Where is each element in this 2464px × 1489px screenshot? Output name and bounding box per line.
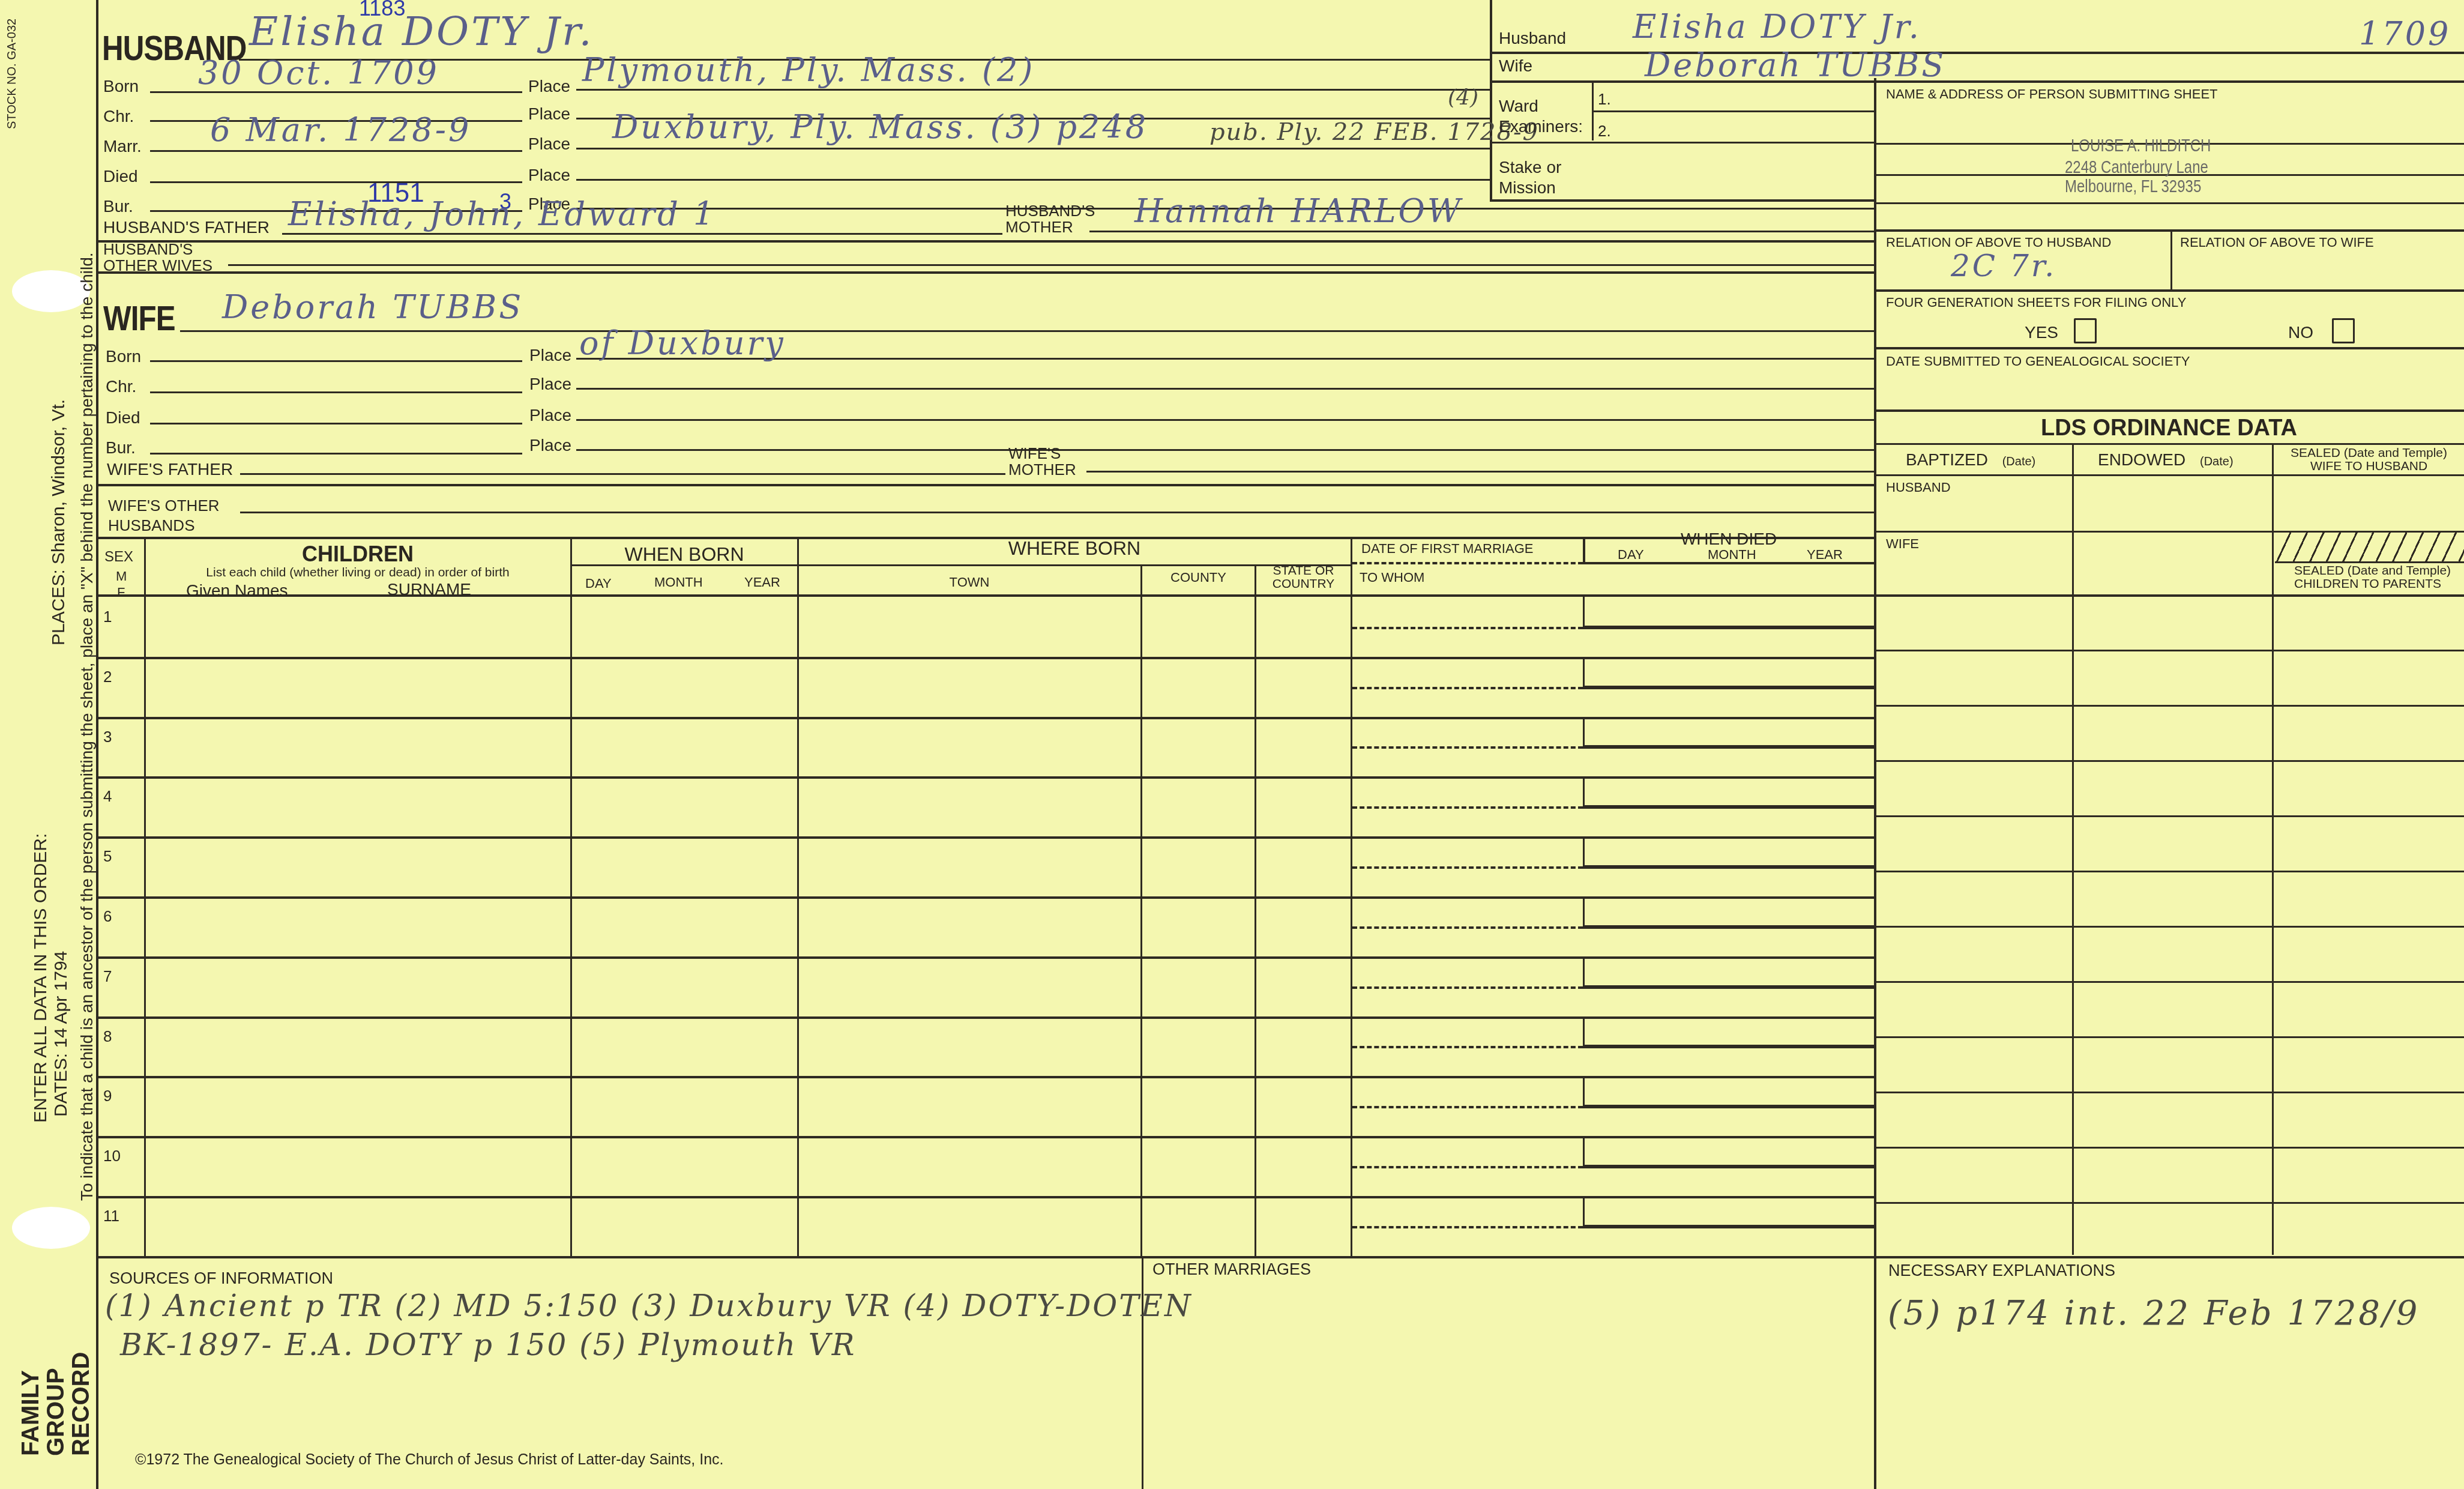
husband-marr-circle-ref: (4): [1448, 87, 1478, 109]
husband-other-wives-label: HUSBAND'S OTHER WIVES: [103, 241, 212, 274]
sealed-hatch-area: [2275, 533, 2464, 563]
submitter-line-3: [1874, 202, 2464, 204]
form-title-line-2: GROUP: [43, 1352, 68, 1456]
relation-husband-label: RELATION OF ABOVE TO HUSBAND: [1886, 235, 2111, 249]
first-marriage-dash: [1352, 562, 1583, 564]
relation-wife-label: RELATION OF ABOVE TO WIFE: [2180, 235, 2374, 249]
explanations-text[interactable]: (5) p174 int. 22 Feb 1728/9: [1888, 1297, 2420, 1330]
husband-marr-date-line: [150, 150, 522, 152]
wife-mother-label-2: MOTHER: [1008, 462, 1076, 478]
ward-examiner-divider: [1592, 110, 1874, 112]
child-marriage-dash: [1352, 1226, 1583, 1228]
child-row[interactable]: 2: [98, 657, 1874, 717]
wife-died-place-line: [576, 419, 1874, 421]
ordinance-header-top: [1874, 443, 2464, 445]
child-died-underline: [1583, 626, 1874, 629]
child-row-number: 8: [103, 1027, 112, 1046]
ordinance-row-line: [1874, 1147, 2464, 1149]
wife-mother-label: WIFE'S MOTHER: [1008, 445, 1076, 479]
yes-checkbox[interactable]: [2074, 318, 2097, 343]
child-died-underline: [1583, 805, 1874, 809]
endowed-header: ENDOWED (Date): [2098, 452, 2234, 468]
husband-marr-note[interactable]: pub. Ply. 22 FEB. 1728-9: [1209, 120, 1539, 144]
summary-husband-line: [1490, 52, 2464, 54]
submitter-address-1: 2248 Canterbury Lane: [2065, 157, 2208, 178]
child-row-number: 9: [103, 1087, 112, 1105]
state-header-1: STATE OR: [1256, 564, 1351, 578]
enter-order-instruction: ENTER ALL DATA IN THIS ORDER:: [31, 833, 50, 1123]
date-submitted-bottom-line: [1874, 409, 2464, 412]
wife-other-husbands-label-1: WIFE'S OTHER: [108, 496, 220, 516]
husband-marr-place-label: Place: [528, 136, 570, 153]
wife-other-husbands-label-2: HUSBANDS: [108, 516, 220, 536]
child-row-number: 11: [103, 1207, 119, 1225]
husband-died-date-line: [150, 181, 522, 183]
children-instructions: List each child (whether living or dead)…: [145, 566, 570, 579]
when-died-underline: [1583, 562, 1874, 564]
husband-mother-label: HUSBAND'S MOTHER: [1005, 203, 1095, 236]
stake-label: Stake or Mission: [1499, 157, 1561, 198]
wife-died-date-line: [150, 423, 522, 424]
husband-section-bottom: [96, 271, 1874, 274]
summary-husband-name[interactable]: Elisha DOTY Jr.: [1633, 11, 1921, 43]
child-marriage-dash: [1352, 687, 1583, 689]
children-title: CHILDREN: [145, 542, 570, 567]
ordinance-row-line: [1874, 650, 2464, 651]
child-row-number: 6: [103, 907, 112, 926]
wife-born-place[interactable]: of Duxbury: [579, 327, 786, 360]
born-month-header: MONTH: [654, 575, 703, 589]
wife-born-date-line: [150, 360, 522, 362]
husband-chr-label: Chr.: [103, 108, 134, 125]
husband-name[interactable]: Elisha DOTY Jr.: [249, 12, 594, 52]
ordinance-row-line: [1874, 926, 2464, 928]
child-died-divider: [1583, 1076, 1585, 1106]
sealed-cp-line-2: CHILDREN TO PARENTS: [2294, 578, 2451, 591]
child-row[interactable]: 11: [98, 1196, 1874, 1256]
child-died-divider: [1583, 956, 1585, 986]
husband-mother[interactable]: Hannah HARLOW: [1134, 195, 1463, 228]
relation-divider: [2170, 229, 2172, 289]
wife-chr-place-label: Place: [529, 376, 571, 393]
town-header: TOWN: [798, 575, 1140, 589]
died-day-header: DAY: [1618, 548, 1644, 561]
child-row[interactable]: 10: [98, 1136, 1874, 1196]
child-row-number: 1: [103, 608, 112, 626]
wife-bur-date-line: [150, 453, 522, 455]
wife-mother-line: [1086, 471, 1874, 473]
child-marriage-dash: [1352, 1046, 1583, 1048]
born-year-header: YEAR: [744, 575, 780, 589]
child-died-divider: [1583, 1196, 1585, 1226]
stock-number: STOCK NO. GA-032: [6, 19, 19, 129]
wife-other-husbands-label: WIFE'S OTHER HUSBANDS: [108, 496, 220, 535]
first-marriage-header: DATE OF FIRST MARRIAGE: [1361, 542, 1533, 555]
four-gen-bottom-line: [1874, 347, 2464, 349]
ward-label: Ward Examiners:: [1499, 96, 1583, 136]
child-marriage-dash: [1352, 866, 1583, 869]
child-marriage-dash: [1352, 806, 1583, 809]
ward-label-2: Examiners:: [1499, 116, 1583, 137]
husband-born-place[interactable]: Plymouth, Ply. Mass. (2): [582, 54, 1035, 86]
child-died-divider: [1583, 836, 1585, 866]
wife-born-label: Born: [106, 348, 141, 365]
sealed-children-to-parents-header: SEALED (Date and Temple) CHILDREN TO PAR…: [2294, 564, 2451, 591]
husband-father[interactable]: Elisha, John, Edward 1: [288, 198, 716, 231]
child-died-underline: [1583, 865, 1874, 869]
wife-chr-place-line: [576, 388, 1874, 390]
child-row[interactable]: 7: [98, 956, 1874, 1016]
child-row-number: 10: [103, 1147, 121, 1165]
state-header-2: COUNTRY: [1256, 578, 1351, 591]
husband-mother-label-2: MOTHER: [1005, 219, 1095, 235]
husband-born-date[interactable]: 30 Oct. 1709: [198, 57, 439, 89]
summary-husband-year[interactable]: 1709: [2359, 18, 2451, 50]
husband-born-label: Born: [103, 78, 139, 95]
punch-hole-bottom: [12, 1207, 90, 1249]
child-row[interactable]: 4: [98, 776, 1874, 836]
form-title: FAMILY GROUP RECORD: [18, 1352, 94, 1456]
ordinance-wife-row-bottom: [1874, 594, 2464, 597]
husband-mother-line: [1089, 231, 1874, 232]
sources-line-2[interactable]: BK-1897- E.A. DOTY p 150 (5) Plymouth VR: [120, 1330, 857, 1360]
wife-other-husbands-line: [240, 512, 1874, 513]
sources-label: SOURCES OF INFORMATION: [109, 1270, 333, 1287]
state-header: STATE OR COUNTRY: [1256, 564, 1351, 591]
other-marriages-label: OTHER MARRIAGES: [1152, 1261, 1311, 1278]
ordinance-row-line: [1874, 1092, 2464, 1093]
sealed-wife-to-husband-header: SEALED (Date and Temple) WIFE TO HUSBAND: [2274, 447, 2464, 473]
ordinance-row-line: [1874, 1036, 2464, 1038]
wife-chr-date-line: [150, 391, 522, 393]
bottom-section-top: [96, 1256, 2464, 1258]
summary-divider: [1490, 0, 1492, 201]
child-row[interactable]: 9: [98, 1076, 1874, 1136]
child-died-underline: [1583, 1225, 1874, 1228]
child-marriage-dash: [1352, 1166, 1583, 1168]
husband-died-place-label: Place: [528, 167, 570, 184]
ordinance-row-line: [1874, 760, 2464, 762]
ordinance-title: LDS ORDINANCE DATA: [1874, 415, 2464, 441]
sex-header: SEX: [104, 549, 133, 564]
summary-wife-line: [1490, 80, 2464, 83]
county-header: COUNTY: [1142, 570, 1255, 584]
wife-father-label: WIFE'S FATHER: [107, 461, 233, 478]
child-row[interactable]: 6: [98, 896, 1874, 956]
wife-bur-label: Bur.: [106, 439, 136, 456]
ward-label-1: Ward: [1499, 96, 1583, 116]
child-row[interactable]: 8: [98, 1016, 1874, 1077]
wife-other-husbands-divider: [96, 484, 1874, 486]
ordinance-row-line: [1874, 1202, 2464, 1204]
ward-examiner-1[interactable]: 1.: [1598, 91, 1611, 107]
sex-m: M: [116, 569, 127, 583]
child-died-divider: [1583, 776, 1585, 806]
child-died-divider: [1583, 657, 1585, 687]
child-row-number: 4: [103, 787, 112, 806]
child-died-divider: [1583, 1136, 1585, 1166]
no-label: NO: [2288, 324, 2313, 341]
died-month-header: MONTH: [1708, 548, 1756, 561]
ancestor-instruction: To indicate that a child is an ancestor …: [78, 252, 95, 1201]
ordinance-husband-row-label: HUSBAND: [1886, 480, 1951, 494]
to-whom-header: TO WHOM: [1360, 570, 1424, 584]
relation-bottom-line: [1874, 289, 2464, 292]
date-submitted-label: DATE SUBMITTED TO GENEALOGICAL SOCIETY: [1886, 354, 2190, 368]
sealed-wh-line-1: SEALED (Date and Temple): [2274, 447, 2464, 460]
ward-examiner-2[interactable]: 2.: [1598, 123, 1611, 139]
form-title-line-1: FAMILY: [18, 1352, 43, 1456]
child-row-number: 3: [103, 728, 112, 746]
child-row[interactable]: 1: [98, 597, 1874, 657]
no-checkbox[interactable]: [2332, 318, 2355, 343]
form-title-line-3: RECORD: [68, 1352, 94, 1456]
dates-instruction: DATES: 14 Apr 1794: [52, 951, 71, 1117]
husband-other-wives-label-1: HUSBAND'S: [103, 241, 212, 258]
husband-other-wives-divider: [96, 240, 1874, 243]
ordinance-wife-row-label: WIFE: [1886, 537, 1919, 551]
wife-father-line: [240, 473, 1005, 475]
child-died-divider: [1583, 717, 1585, 747]
endowed-label: ENDOWED: [2098, 450, 2185, 469]
husband-born-place-line: [576, 89, 1490, 91]
submitter-label: NAME & ADDRESS OF PERSON SUBMITTING SHEE…: [1886, 87, 2218, 101]
child-row[interactable]: 3: [98, 717, 1874, 777]
relation-husband-value[interactable]: 2C 7r.: [1951, 251, 2056, 281]
ordinance-row-line: [1874, 981, 2464, 983]
submitter-name: LOUISE A. HILDITCH: [2071, 136, 2211, 156]
born-day-header: DAY: [585, 576, 612, 590]
child-marriage-dash: [1352, 926, 1583, 929]
child-died-underline: [1583, 1165, 1874, 1168]
copyright-footer: ©1972 The Genealogical Society of The Ch…: [135, 1452, 724, 1467]
wife-name-line: [180, 330, 1874, 332]
husband-father-line: [282, 233, 1002, 235]
endowed-date-label: (Date): [2200, 455, 2234, 468]
child-died-underline: [1583, 925, 1874, 929]
explanations-label: NECESSARY EXPLANATIONS: [1888, 1262, 2115, 1279]
died-year-header: YEAR: [1807, 548, 1843, 561]
husband-marr-date[interactable]: 6 Mar. 1728-9: [210, 114, 471, 146]
husband-marr-place[interactable]: Duxbury, Ply. Mass. (3) p248: [612, 111, 1148, 143]
when-died-header: WHEN DIED: [1585, 531, 1873, 548]
wife-born-place-label: Place: [529, 347, 571, 364]
husband-died-place-line: [576, 179, 1490, 181]
baptized-date-label: (Date): [2002, 455, 2036, 468]
wife-chr-label: Chr.: [106, 378, 136, 395]
husband-chr-place-label: Place: [528, 106, 570, 122]
ordinance-row-line: [1874, 815, 2464, 817]
child-marriage-dash: [1352, 627, 1583, 629]
child-died-underline: [1583, 1105, 1874, 1108]
sources-line-1[interactable]: (1) Ancient p TR (2) MD 5:150 (3) Duxbur…: [105, 1291, 1193, 1321]
husband-died-label: Died: [103, 168, 138, 185]
child-died-divider: [1583, 1016, 1585, 1047]
husband-mother-label-1: HUSBAND'S: [1005, 203, 1095, 219]
summary-wife-label: Wife: [1499, 58, 1532, 74]
when-born-sub-line: [570, 564, 1351, 566]
ordinance-col-divider-2: [2272, 443, 2274, 1255]
when-born-header: WHEN BORN: [571, 545, 797, 564]
ward-bottom-line: [1490, 142, 1874, 143]
child-died-underline: [1583, 985, 1874, 989]
baptized-header: BAPTIZED (Date): [1906, 452, 2035, 468]
baptized-label: BAPTIZED: [1906, 450, 1988, 469]
husband-other-wives-line: [228, 264, 1874, 266]
husband-born-place-label: Place: [528, 78, 570, 95]
child-marriage-dash: [1352, 746, 1583, 749]
relation-top-line: [1874, 229, 2464, 232]
wife-heading: WIFE: [103, 301, 175, 336]
husband-father-label: HUSBAND'S FATHER: [103, 219, 270, 236]
summary-wife-name[interactable]: Deborah TUBBS: [1645, 49, 1946, 82]
child-marriage-dash: [1352, 1106, 1583, 1108]
wife-bur-place-label: Place: [529, 437, 571, 454]
stake-label-2: Mission: [1499, 178, 1561, 198]
child-died-divider: [1583, 896, 1585, 926]
ordinance-row-line: [1874, 705, 2464, 707]
child-row[interactable]: 5: [98, 836, 1874, 896]
stake-label-1: Stake or: [1499, 157, 1561, 178]
wife-mother-label-1: WIFE'S: [1008, 445, 1076, 462]
submitter-address-2: Melbourne, FL 32935: [2065, 177, 2201, 197]
child-died-underline: [1583, 686, 1874, 689]
child-died-underline: [1583, 1045, 1874, 1048]
stake-bottom-line: [1490, 199, 1874, 202]
where-born-header: WHERE BORN: [798, 539, 1351, 558]
child-marriage-dash: [1352, 986, 1583, 989]
wife-died-place-label: Place: [529, 407, 571, 424]
sealed-cp-line-1: SEALED (Date and Temple): [2294, 564, 2451, 578]
yes-label: YES: [2025, 324, 2058, 341]
child-row-number: 2: [103, 668, 112, 686]
ordinance-col-divider-1: [2072, 443, 2074, 1255]
husband-ref-number: 1183: [359, 0, 405, 19]
wife-name[interactable]: Deborah TUBBS: [222, 291, 523, 324]
husband-marr-place-line: [576, 148, 1490, 150]
ordinance-header-bottom: [1874, 474, 2464, 476]
sealed-wh-line-2: WIFE TO HUSBAND: [2274, 460, 2464, 473]
child-row-number: 7: [103, 967, 112, 986]
places-instruction: PLACES: Sharon, Windsor, Vt.: [49, 399, 68, 645]
ordinance-row-line: [1874, 871, 2464, 872]
four-gen-label: FOUR GENERATION SHEETS FOR FILING ONLY: [1886, 295, 2186, 309]
wife-bur-place-line: [576, 449, 1874, 451]
wife-died-label: Died: [106, 409, 140, 426]
child-row-number: 5: [103, 847, 112, 866]
husband-bur-label: Bur.: [103, 198, 133, 215]
child-died-divider: [1583, 597, 1585, 627]
husband-marr-label: Marr.: [103, 138, 142, 155]
child-died-underline: [1583, 745, 1874, 749]
summary-husband-label: Husband: [1499, 30, 1566, 47]
